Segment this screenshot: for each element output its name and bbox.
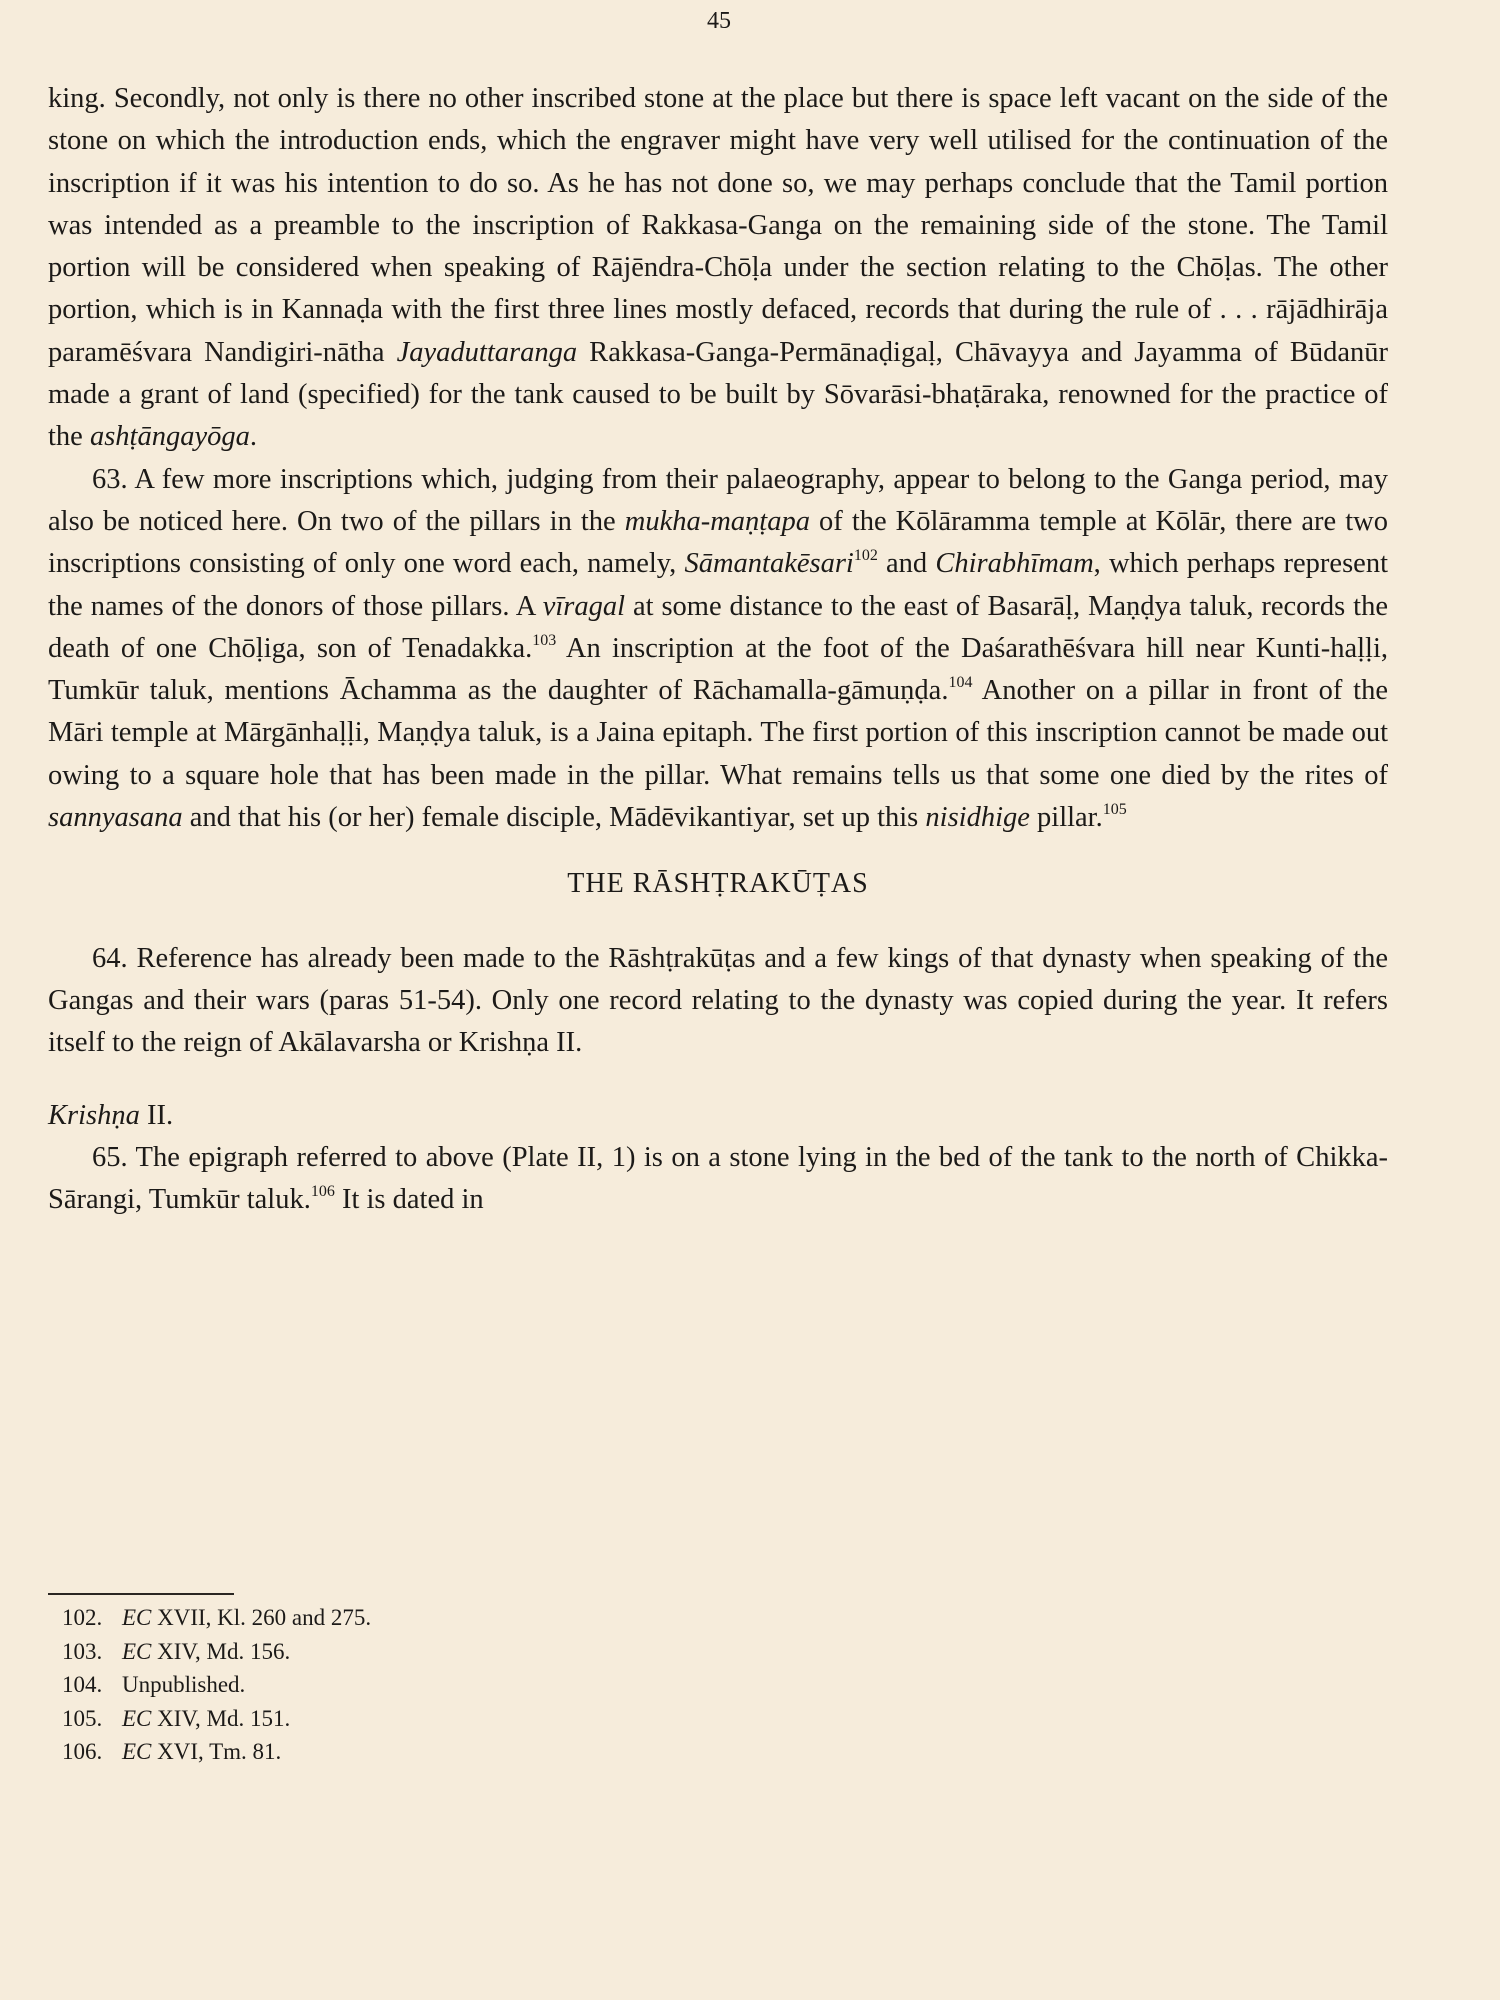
footnote-abbrev: EC	[122, 1706, 151, 1731]
page-number: 45	[0, 8, 1438, 35]
italic-term: Jayaduttaranga	[397, 337, 577, 368]
subheading-rest: II.	[140, 1100, 173, 1131]
text-run: pillar.	[1030, 802, 1103, 833]
section-heading: THE RĀSHṬRAKŪṬAS	[48, 863, 1388, 905]
footnote-ref[interactable]: 103	[532, 632, 556, 649]
footnote-number: 103.	[62, 1635, 122, 1669]
text-run: .	[250, 421, 257, 452]
paragraph-63: 63. A few more inscriptions which, judgi…	[48, 459, 1388, 840]
footnote-text: XIV, Md. 151.	[151, 1706, 290, 1731]
text-run: 65. The epigraph referred to above (Plat…	[48, 1142, 1388, 1215]
italic-term: Chirabhīmam	[935, 548, 1093, 579]
footnote-abbrev: EC	[122, 1639, 151, 1664]
footnote-103: 103.EC XIV, Md. 156.	[62, 1635, 371, 1669]
footnote-104: 104.Unpublished.	[62, 1668, 371, 1702]
footnote-text: XVI, Tm. 81.	[151, 1739, 281, 1764]
subheading-italic: Krishṇa	[48, 1100, 140, 1131]
footnote-105: 105.EC XIV, Md. 151.	[62, 1702, 371, 1736]
footnote-ref[interactable]: 102	[854, 547, 878, 564]
paragraph-continuation: king. Secondly, not only is there no oth…	[48, 78, 1388, 459]
italic-term: vīragal	[543, 591, 625, 622]
italic-term: sannyasana	[48, 802, 183, 833]
footnote-102: 102.EC XVII, Kl. 260 and 275.	[62, 1601, 371, 1635]
italic-term: ashṭāngayōga	[90, 421, 250, 452]
italic-term: Sāmantakēsari	[684, 548, 853, 579]
footnote-106: 106.EC XVI, Tm. 81.	[62, 1735, 371, 1769]
body-text: king. Secondly, not only is there no oth…	[48, 78, 1388, 1221]
footnote-ref[interactable]: 105	[1103, 801, 1127, 818]
footnote-divider	[48, 1593, 234, 1595]
text-run: and that his (or her) female disciple, M…	[183, 802, 926, 833]
footnote-text: Unpublished.	[122, 1672, 245, 1697]
paragraph-64: 64. Reference has already been made to t…	[48, 938, 1388, 1065]
italic-term: nisidhige	[925, 802, 1030, 833]
footnote-abbrev: EC	[122, 1605, 151, 1630]
footnotes: 102.EC XVII, Kl. 260 and 275. 103.EC XIV…	[62, 1601, 371, 1769]
text-run: and	[878, 548, 935, 579]
footnote-number: 106.	[62, 1735, 122, 1769]
footnote-number: 104.	[62, 1668, 122, 1702]
subheading: Krishṇa II.	[48, 1095, 1388, 1137]
footnote-ref[interactable]: 106	[311, 1183, 335, 1200]
text-run: It is dated in	[335, 1184, 484, 1215]
italic-term: mukha-maṇṭapa	[625, 506, 810, 537]
footnote-number: 105.	[62, 1702, 122, 1736]
text-run: king. Secondly, not only is there no oth…	[48, 83, 1388, 368]
paragraph-65: 65. The epigraph referred to above (Plat…	[48, 1137, 1388, 1222]
footnote-abbrev: EC	[122, 1739, 151, 1764]
footnote-ref[interactable]: 104	[948, 674, 972, 691]
footnote-number: 102.	[62, 1601, 122, 1635]
footnote-text: XVII, Kl. 260 and 275.	[151, 1605, 371, 1630]
footnote-text: XIV, Md. 156.	[151, 1639, 290, 1664]
